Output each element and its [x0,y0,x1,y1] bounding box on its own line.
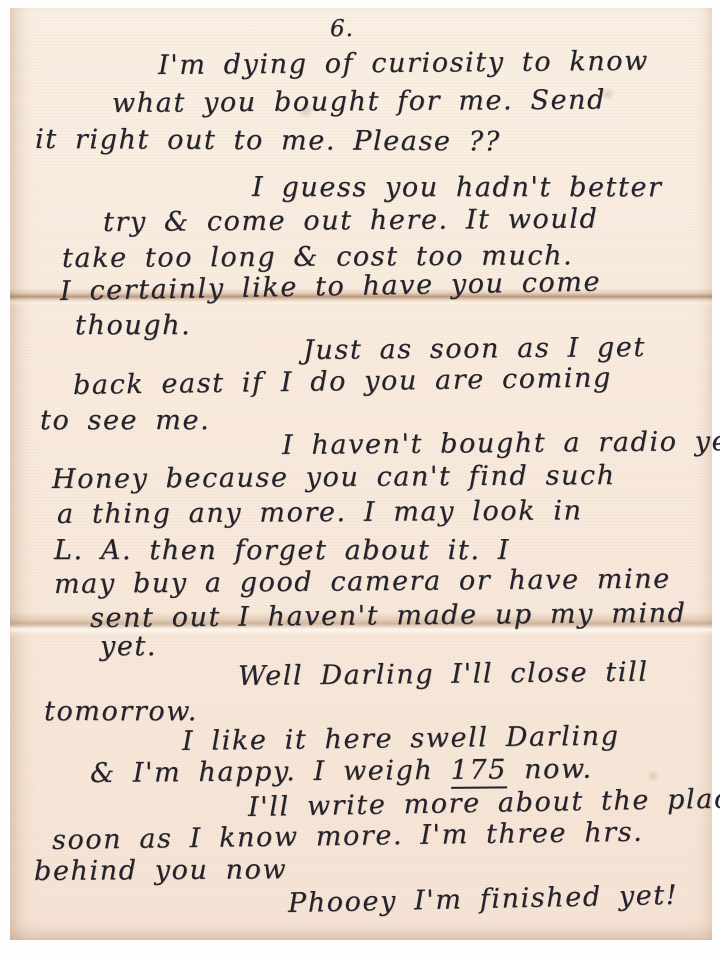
letter-line: behind you now [34,854,287,887]
paper-stain [646,770,660,782]
weight-line-pre: & I'm happy. I weigh [90,755,451,789]
letter-line: try & come out here. It would [103,204,599,238]
letter-line: soon as I know more. I'm three hrs. [52,817,644,856]
scan-background: 6. I'm dying of curiosity to know what y… [0,0,720,960]
letter-line: sent out I haven't made up my mind [90,598,687,634]
letter-line-weight: & I'm happy. I weigh 175 now. [90,754,593,789]
letter-line: I haven't bought a radio yet [282,426,720,461]
letter-line: may buy a good camera or have mine [54,564,671,600]
weight-value-underlined: 175 [450,754,507,788]
letter-paper: 6. I'm dying of curiosity to know what y… [10,8,712,940]
letter-line: though. [75,310,191,341]
letter-line: to see me. [40,405,210,436]
weight-line-post: now. [507,754,593,786]
letter-line: Honey because you can't find such [52,460,616,495]
letter-line: Well Darling I'll close till [238,657,649,692]
letter-line: it right out to me. Please ?? [35,124,501,157]
letter-line: I guess you hadn't better [252,172,663,203]
letter-line: Just as soon as I get [303,332,646,366]
letter-line: Phooey I'm finished yet! [288,880,679,919]
letter-line: I'm dying of curiosity to know [158,46,649,81]
letter-line: L. A. then forget about it. I [54,535,510,566]
letter-line: yet. [100,631,157,662]
letter-line: a thing any more. I may look in [57,495,583,530]
letter-line: I like it here swell Darling [182,721,620,757]
letter-line: what you bought for me. Send [112,85,606,119]
page-number: 6. [330,16,354,42]
letter-line: I'll write more about the place as [248,782,720,823]
letter-line: tomorrow. [44,696,198,727]
letter-line: back east if I do you are coming [73,362,612,401]
